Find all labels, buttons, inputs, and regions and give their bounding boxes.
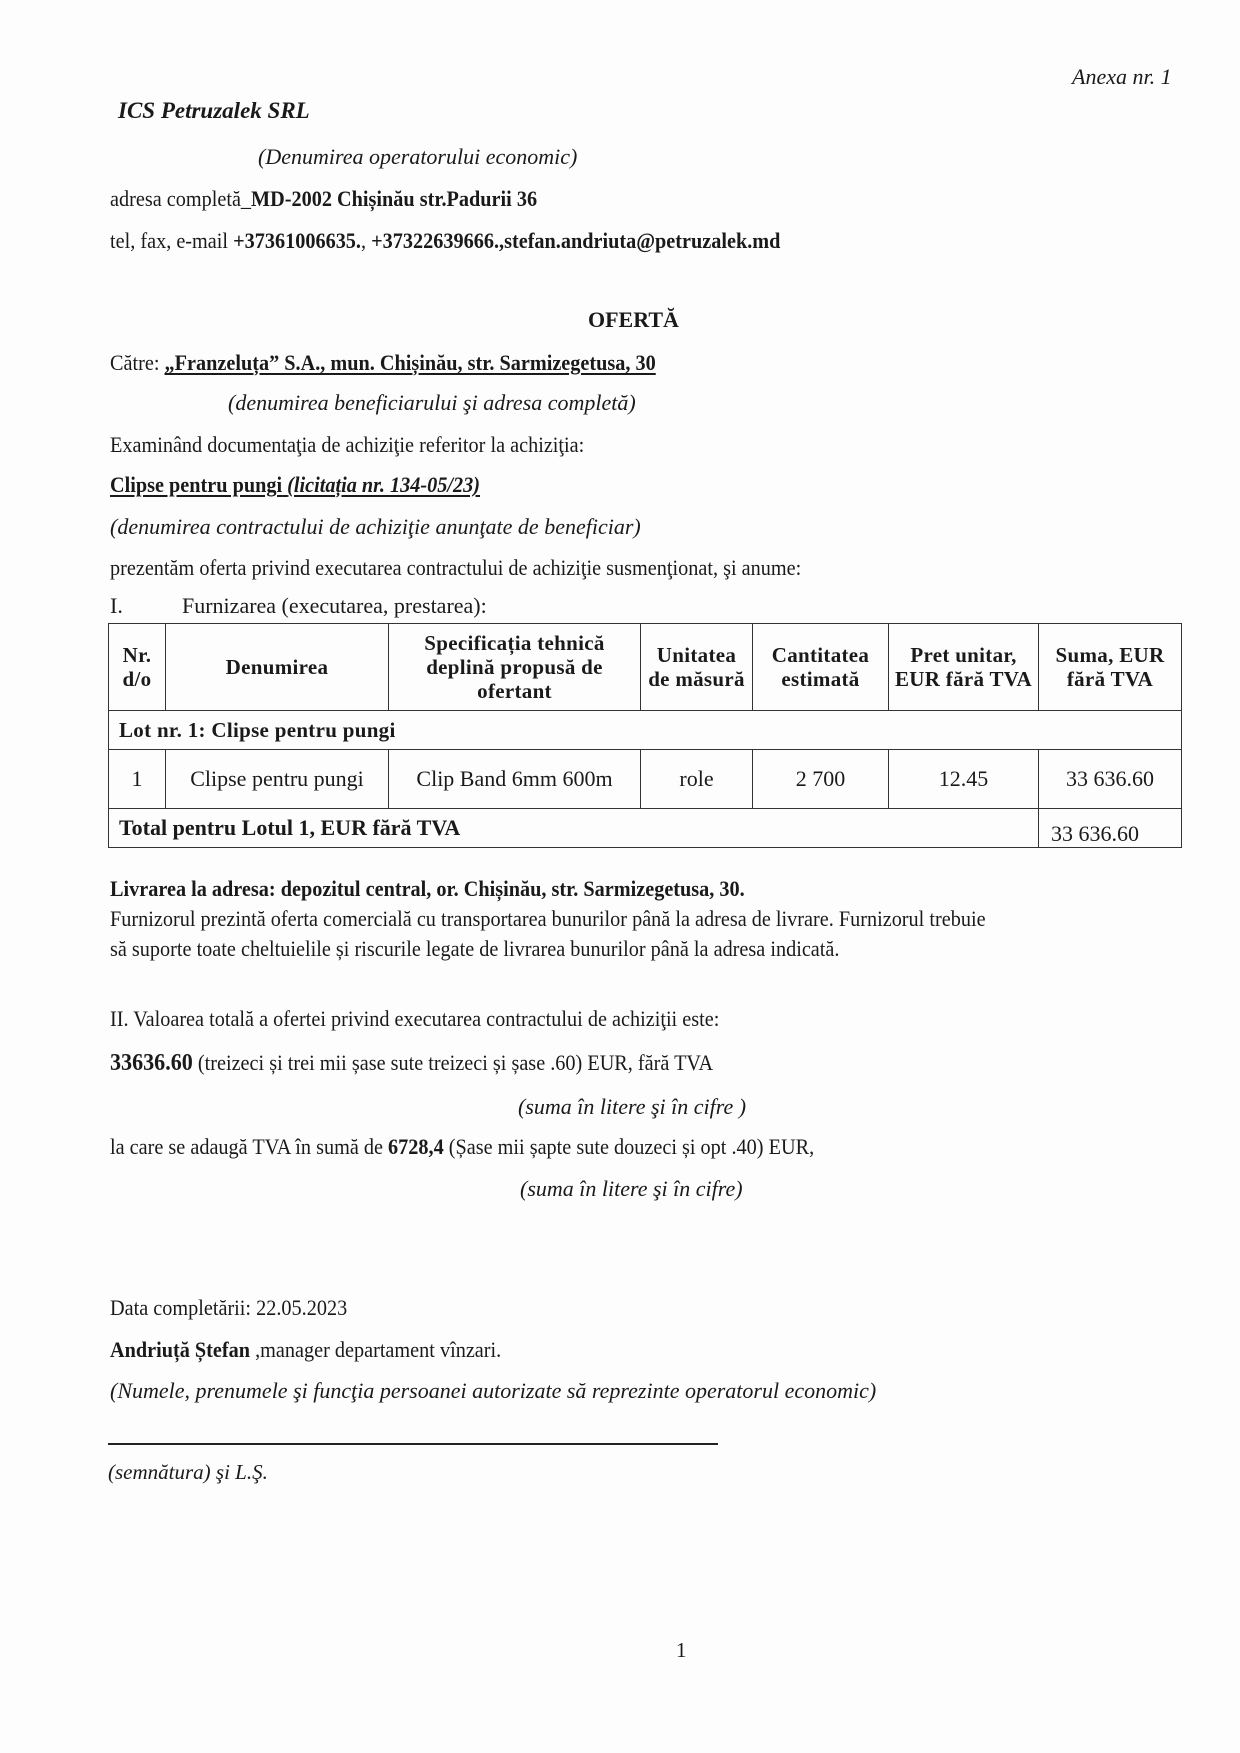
col-header-name: Denumirea: [166, 624, 389, 711]
offer-items-table: Nr. d/o Denumirea Specificația tehnică d…: [108, 623, 1182, 848]
contract-name: Clipse pentru pungi: [110, 472, 282, 497]
date-label: Data completării:: [110, 1295, 256, 1320]
signer-caption: (Numele, prenumele şi funcţia persoanei …: [110, 1378, 876, 1404]
contact-line: tel, fax, e-mail +37361006635., +3732263…: [110, 228, 839, 254]
signer-line: Andriuță Ștefan ,manager departament vîn…: [110, 1337, 535, 1363]
lot-row: Lot nr. 1: Clipse pentru pungi: [109, 711, 1182, 750]
total-label: Total pentru Lotul 1, EUR fără TVA: [109, 809, 1039, 848]
address-label: adresa completă_: [110, 186, 251, 211]
lot-label: Lot nr. 1: Clipse pentru pungi: [109, 711, 1182, 750]
page-number: 1: [676, 1638, 687, 1663]
examining-text: Examinând documentaţia de achiziţie refe…: [110, 432, 626, 458]
address-line: adresa completă_MD-2002 Chișinău str.Pad…: [110, 186, 574, 212]
delivery-text-2: să suporte toate cheltuielile și riscuri…: [110, 936, 903, 962]
recipient-value: „Franzeluța” S.A., mun. Chișinău, str. S…: [165, 350, 656, 375]
date-line: Data completării: 22.05.2023: [110, 1295, 368, 1321]
delivery-text-1: Furnizorul prezintă oferta comercială cu…: [110, 906, 1062, 932]
annex-label: Anexa nr. 1: [1072, 64, 1172, 90]
vat-caption: (suma în litere şi în cifre): [520, 1176, 743, 1202]
signature-line: [108, 1443, 718, 1445]
section1-text: Furnizarea (executarea, prestarea):: [182, 593, 487, 618]
cell-name: Clipse pentru pungi: [166, 750, 389, 809]
delivery-address: Livrarea la adresa: depozitul central, o…: [110, 876, 800, 902]
vat-words: (Șase mii șapte sute douzeci și opt .40)…: [444, 1134, 814, 1159]
company-caption: (Denumirea operatorului economic): [258, 144, 577, 170]
phone-1: +37361006635.: [233, 228, 361, 253]
cell-unit-price: 12.45: [889, 750, 1039, 809]
total-caption: (suma în litere şi în cifre ): [518, 1094, 746, 1120]
date-value: 22.05.2023: [256, 1295, 347, 1320]
recipient-label: Către:: [110, 350, 165, 375]
section1-heading: I.Furnizarea (executarea, prestarea):: [110, 593, 487, 619]
contact-label: tel, fax, e-mail: [110, 228, 233, 253]
total-value: 33 636.60: [1039, 809, 1182, 848]
vat-amount: 6728,4: [388, 1134, 444, 1159]
cell-quantity: 2 700: [753, 750, 889, 809]
col-header-unit: Unitatea de măsură: [641, 624, 753, 711]
section1-number: I.: [110, 593, 182, 619]
company-name: ICS Petruzalek SRL: [118, 98, 310, 124]
vat-prefix: la care se adaugă TVA în sumă de: [110, 1134, 388, 1159]
contact-separator: ,: [361, 228, 371, 253]
total-amount-words: (treizeci și trei mii șase sute treizeci…: [193, 1050, 713, 1075]
signature-caption: (semnătura) şi L.Ş.: [108, 1460, 268, 1485]
total-row: Total pentru Lotul 1, EUR fără TVA 33 63…: [109, 809, 1182, 848]
contract-line: Clipse pentru pungi (licitația nr. 134-0…: [110, 472, 512, 498]
contract-caption: (denumirea contractului de achiziţie anu…: [110, 514, 641, 540]
cell-spec: Clip Band 6mm 600m: [389, 750, 641, 809]
present-text: prezentăm oferta privind executarea cont…: [110, 555, 861, 581]
signer-role: ,manager departament vînzari.: [250, 1337, 501, 1362]
offer-title: OFERTĂ: [588, 307, 679, 333]
table-row: 1 Clipse pentru pungi Clip Band 6mm 600m…: [109, 750, 1182, 809]
address-value: MD-2002 Chișinău str.Padurii 36: [251, 186, 537, 211]
cell-nr: 1: [109, 750, 166, 809]
col-header-quantity: Cantitatea estimată: [753, 624, 889, 711]
signer-name: Andriuță Ștefan: [110, 1337, 250, 1362]
contract-ref: (licitația nr. 134-05/23): [287, 472, 480, 497]
cell-sum: 33 636.60: [1039, 750, 1182, 809]
total-amount-line: 33636.60 (treizeci și trei mii șase sute…: [110, 1050, 766, 1077]
col-header-sum: Suma, EUR fără TVA: [1039, 624, 1182, 711]
table-header-row: Nr. d/o Denumirea Specificația tehnică d…: [109, 624, 1182, 711]
recipient-caption: (denumirea beneficiarului şi adresa comp…: [228, 390, 636, 416]
total-amount: 33636.60: [110, 1050, 193, 1076]
col-header-nr: Nr. d/o: [109, 624, 166, 711]
vat-line: la care se adaugă TVA în sumă de 6728,4 …: [110, 1134, 875, 1160]
phone-2-email: +37322639666.,stefan.andriuta@petruzalek…: [371, 228, 780, 253]
cell-unit: role: [641, 750, 753, 809]
total-intro: II. Valoarea totală a ofertei privind ex…: [110, 1006, 772, 1032]
recipient-line: Către: „Franzeluța” S.A., mun. Chișinău,…: [110, 350, 703, 376]
col-header-unit-price: Pret unitar, EUR fără TVA: [889, 624, 1039, 711]
col-header-spec: Specificația tehnică deplină propusă de …: [389, 624, 641, 711]
